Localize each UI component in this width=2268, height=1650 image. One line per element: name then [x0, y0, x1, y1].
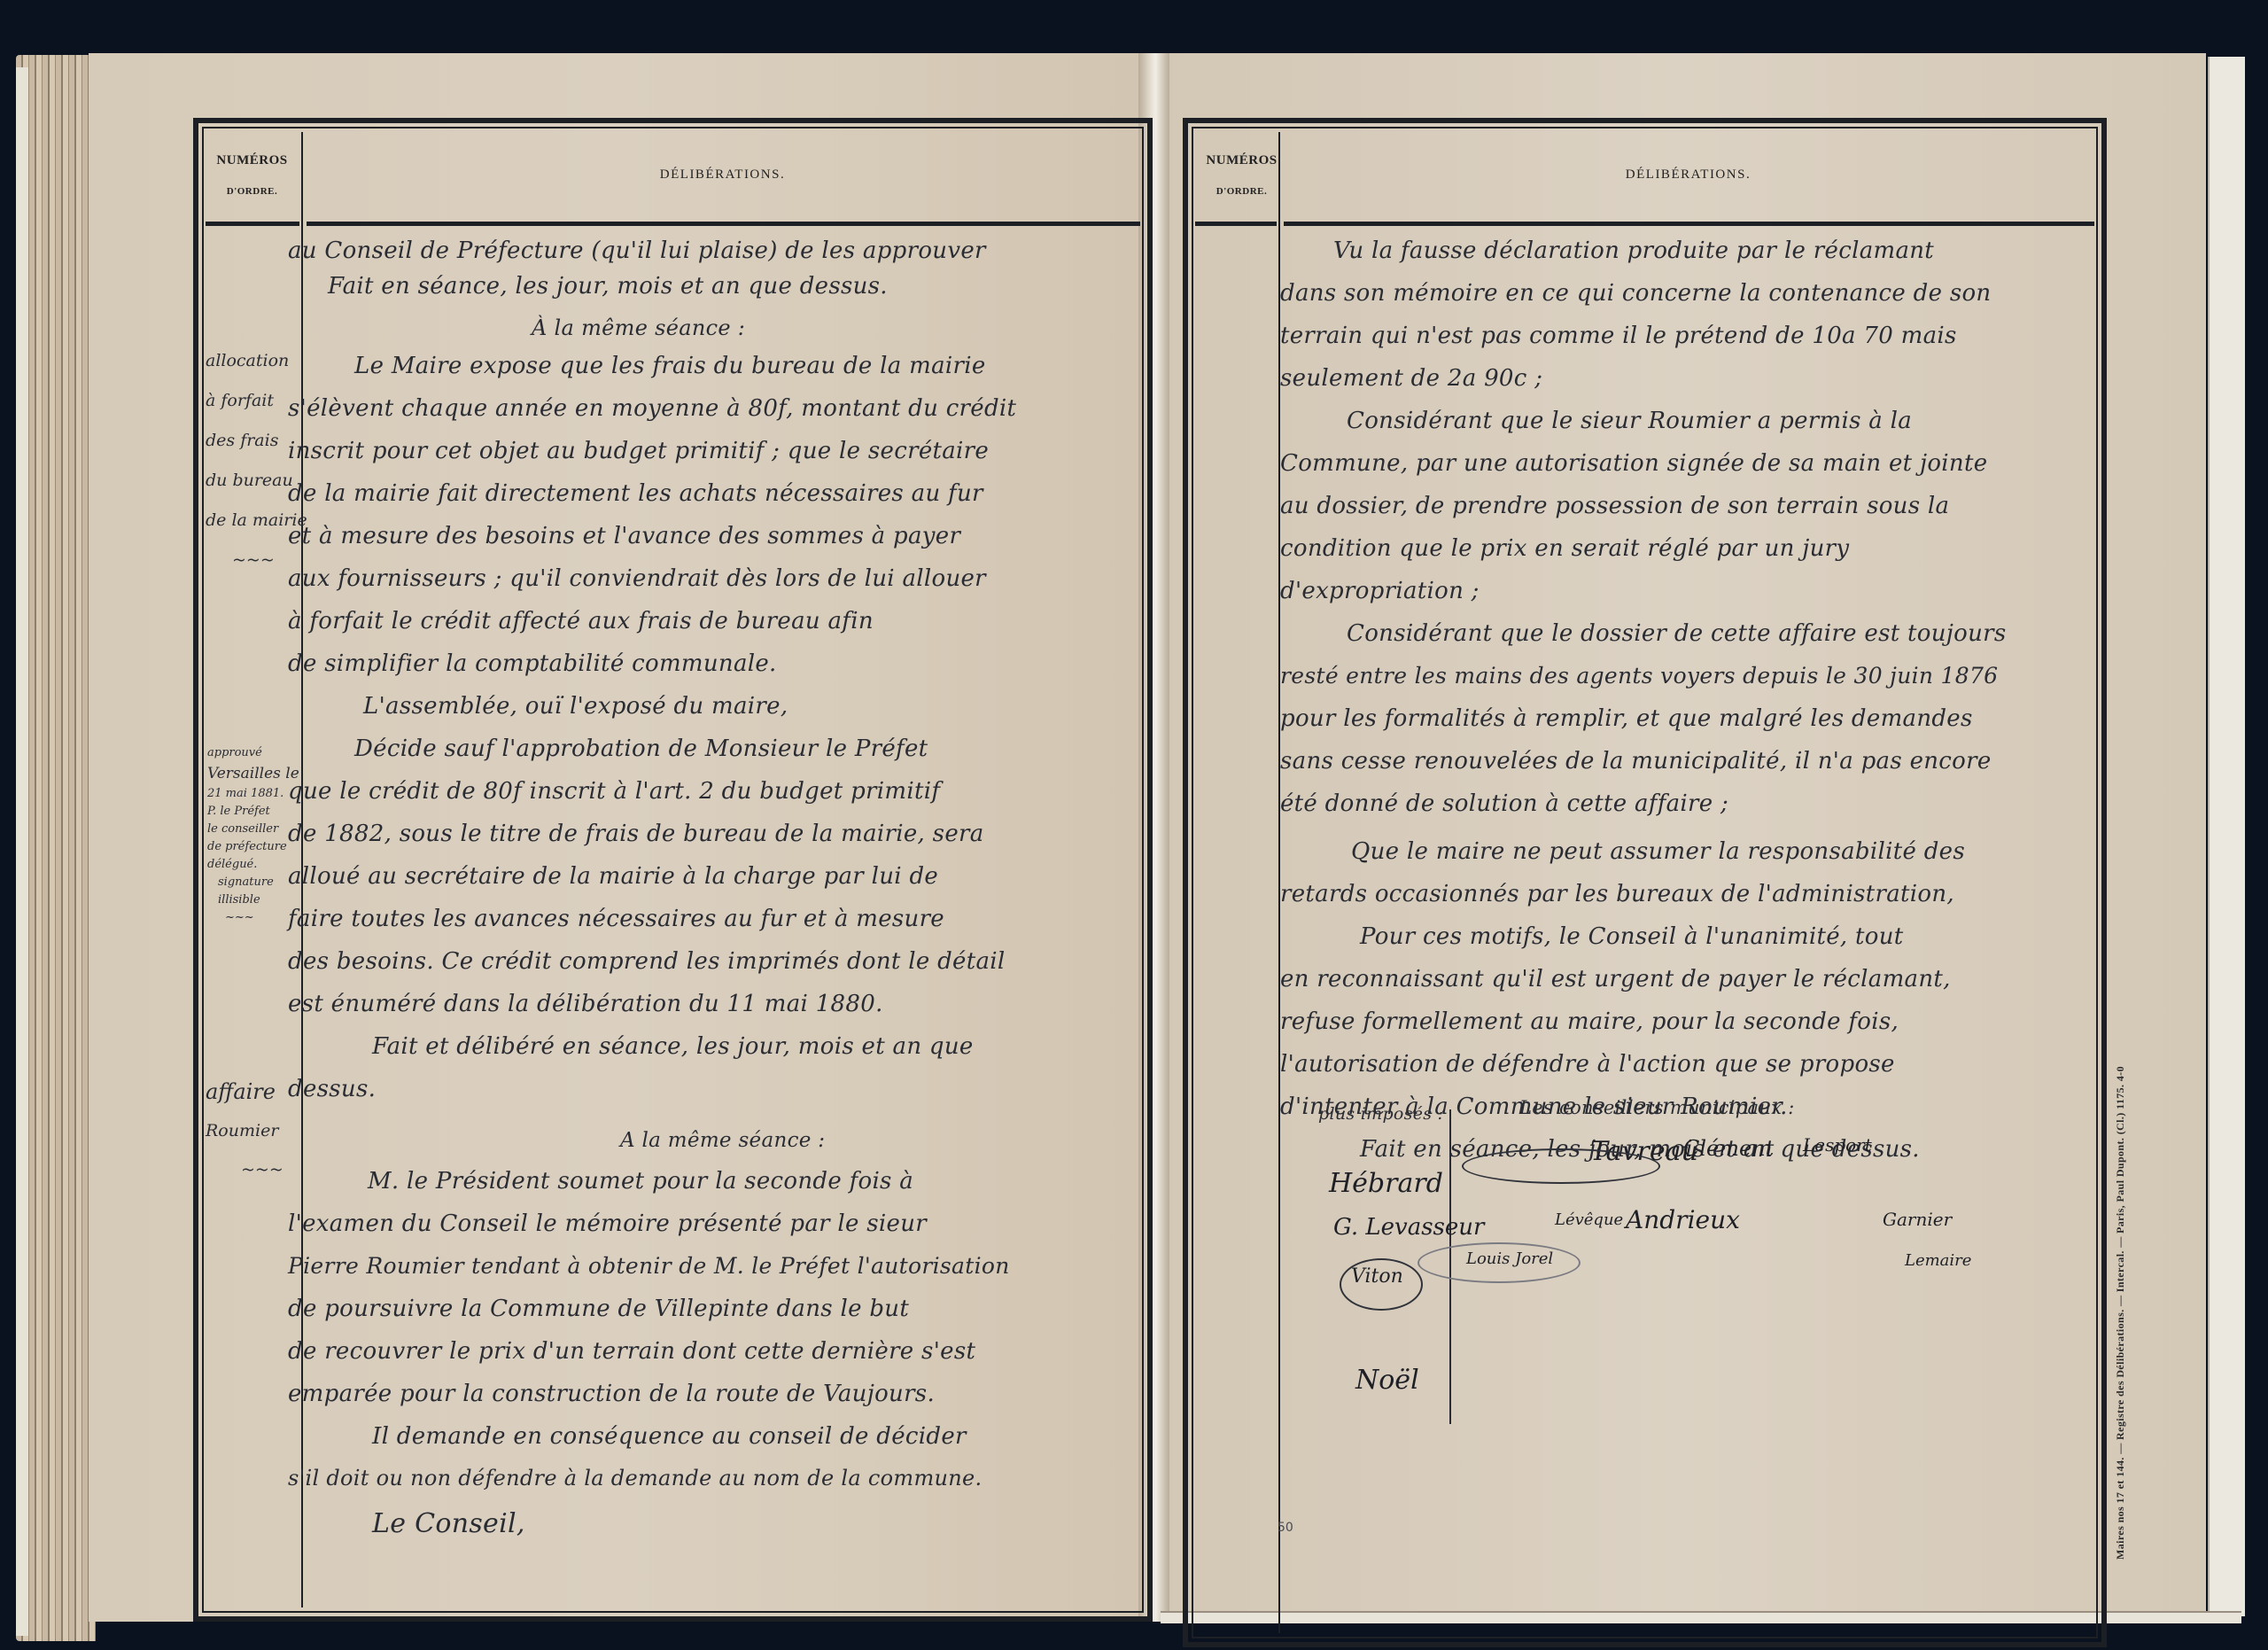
open-register-book: NUMÉROS D'ORDRE. DÉLIBÉRATIONS. NUMÉROS … [0, 0, 2268, 1650]
text-line: de 1882, sous le titre de frais de burea… [288, 821, 984, 847]
margin-line: allocation [206, 341, 307, 381]
text-line: terrain qui n'est pas comme il le préten… [1280, 323, 1957, 349]
numeros-label: NUMÉROS [206, 153, 299, 168]
deliberations-header: DÉLIBÉRATIONS. [305, 167, 1140, 183]
right-cover-edge [2208, 57, 2245, 1616]
text-line: Fait et délibéré en séance, les jour, mo… [372, 1033, 974, 1060]
text-line: l'examen du Conseil le mémoire présenté … [288, 1210, 927, 1237]
printer-imprint: Maires nos 17 et 144. — Registre des Dél… [2114, 1066, 2127, 1560]
numeros-label: NUMÉROS [1195, 153, 1288, 168]
text-line: L'assemblée, ouï l'exposé du maire, [363, 693, 788, 720]
signature: Lévêque [1555, 1210, 1623, 1229]
signature-heading-conseillers: Les conseillers municipaux : [1519, 1097, 1795, 1118]
text-line: de la mairie fait directement les achats… [288, 480, 983, 507]
text-line: au Conseil de Préfecture (qu'il lui plai… [288, 237, 986, 264]
numeros-column-header: NUMÉROS D'ORDRE. [1195, 132, 1288, 1642]
signature: Lesport [1803, 1134, 1872, 1156]
text-line: en reconnaissant qu'il est urgent de pay… [1280, 966, 1951, 992]
margin-line: Roumier [206, 1111, 283, 1150]
text-line: dans son mémoire en ce qui concerne la c… [1280, 280, 1991, 307]
text-line: Fait en séance, les jour, mois et an que… [328, 273, 888, 300]
text-line: Le Maire expose que les frais du bureau … [354, 353, 986, 379]
text-line: au dossier, de prendre possession de son… [1280, 493, 1949, 519]
text-line: de poursuivre la Commune de Villepinte d… [288, 1296, 909, 1322]
text-line: d'expropriation ; [1280, 578, 1480, 604]
text-line: aux fournisseurs ; qu'il conviendrait dè… [288, 565, 986, 592]
text-line: Considérant que le sieur Roumier a permi… [1347, 408, 1912, 434]
section-heading: A la même séance : [620, 1129, 825, 1152]
signature: Noël [1355, 1365, 1419, 1396]
margin-line: le conseiller [207, 821, 299, 838]
text-line: alloué au secrétaire de la mairie à la c… [288, 863, 938, 890]
text-line: de simplifier la comptabilité communale. [288, 650, 777, 677]
text-line: est énuméré dans la délibération du 11 m… [288, 991, 883, 1017]
pencil-folio-number: 50 [1278, 1521, 1293, 1535]
margin-line: P. le Préfet [207, 803, 299, 821]
ordre-label: D'ORDRE. [1195, 186, 1288, 197]
text-line: à forfait le crédit affecté aux frais de… [288, 608, 874, 634]
text-line: Vu la fausse déclaration produite par le… [1333, 237, 1934, 264]
text-line: Que le maire ne peut assumer la responsa… [1351, 838, 1965, 865]
signature-flourish [1462, 1148, 1660, 1184]
text-line: inscrit pour cet objet au budget primiti… [288, 438, 989, 464]
margin-line: illisible [207, 891, 299, 909]
margin-line: de préfecture [207, 838, 299, 856]
text-line: sans cesse renouvelées de la municipalit… [1280, 748, 1992, 774]
signature-flourish [1340, 1258, 1423, 1311]
text-line: Décide sauf l'approbation de Monsieur le… [354, 735, 928, 762]
section-heading: À la même séance : [532, 315, 745, 340]
text-line: emparée pour la construction de la route… [288, 1381, 935, 1407]
margin-line: ~~~ [207, 909, 299, 927]
deliberations-header: DÉLIBÉRATIONS. [1282, 167, 2094, 183]
text-line: des besoins. Ce crédit comprend les impr… [288, 948, 1006, 975]
margin-line: Versailles le [207, 762, 299, 785]
text-line: Il demande en conséquence au conseil de … [372, 1423, 967, 1450]
text-line: Pour ces motifs, le Conseil à l'unanimit… [1360, 923, 1904, 950]
header-rule [206, 222, 299, 226]
text-line: Pierre Roumier tendant à obtenir de M. l… [288, 1253, 1010, 1279]
text-line: s'élèvent chaque année en moyenne à 80f,… [288, 395, 1016, 422]
text-line: condition que le prix en serait réglé pa… [1280, 535, 1849, 562]
margin-line: délégué. [207, 856, 299, 874]
text-line: de recouvrer le prix d'un terrain dont c… [288, 1338, 975, 1365]
margin-line: signature [207, 874, 299, 891]
signature: G. Levasseur [1333, 1214, 1484, 1241]
header-rule [307, 222, 1140, 226]
text-line: Commune, par une autorisation signée de … [1280, 450, 1987, 477]
text-line: M. le Président soumet pour la seconde f… [368, 1168, 913, 1195]
text-line: s'il doit ou non défendre à la demande a… [288, 1466, 982, 1490]
text-line: seulement de 2a 90c ; [1280, 365, 1542, 392]
header-rule [1195, 222, 1277, 226]
margin-note-roumier: affaire Roumier ~~~ [206, 1072, 283, 1189]
header-rule [1284, 222, 2094, 226]
signature: Clément [1683, 1136, 1774, 1161]
signature-heading-imposes: plus imposés : [1318, 1104, 1443, 1124]
margin-note-approval: approuvé Versailles le 21 mai 1881. P. l… [207, 744, 299, 927]
text-line: refuse formellement au maire, pour la se… [1280, 1008, 1899, 1035]
text-line: l'autorisation de défendre à l'action qu… [1280, 1051, 1895, 1078]
text-line: dessus. [288, 1076, 376, 1102]
margin-line: affaire [206, 1072, 283, 1111]
margin-line: 21 mai 1881. [207, 785, 299, 803]
text-line: faire toutes les avances nécessaires au … [288, 906, 944, 932]
text-line: et à mesure des besoins et l'avance des … [288, 523, 960, 549]
ordre-label: D'ORDRE. [206, 186, 299, 197]
signature-flourish [1417, 1242, 1581, 1283]
signature: Lemaire [1905, 1251, 1971, 1270]
signature: Andrieux [1626, 1205, 1740, 1234]
margin-line: approuvé [207, 744, 299, 762]
signature: Garnier [1883, 1209, 1952, 1230]
text-line: Considérant que le dossier de cette affa… [1347, 620, 2007, 647]
text-line: que le crédit de 80f inscrit à l'art. 2 … [288, 778, 940, 805]
text-line: été donné de solution à cette affaire ; [1280, 790, 1728, 817]
cover-edge [16, 67, 28, 1636]
text-line: pour les formalités à remplir, et que ma… [1280, 705, 1973, 732]
signature: Hébrard [1329, 1168, 1443, 1199]
text-line: retards occasionnés par les bureaux de l… [1280, 881, 1954, 907]
text-line: resté entre les mains des agents voyers … [1280, 663, 1998, 689]
text-line: Le Conseil, [372, 1508, 525, 1539]
margin-line: ~~~ [206, 1150, 283, 1189]
